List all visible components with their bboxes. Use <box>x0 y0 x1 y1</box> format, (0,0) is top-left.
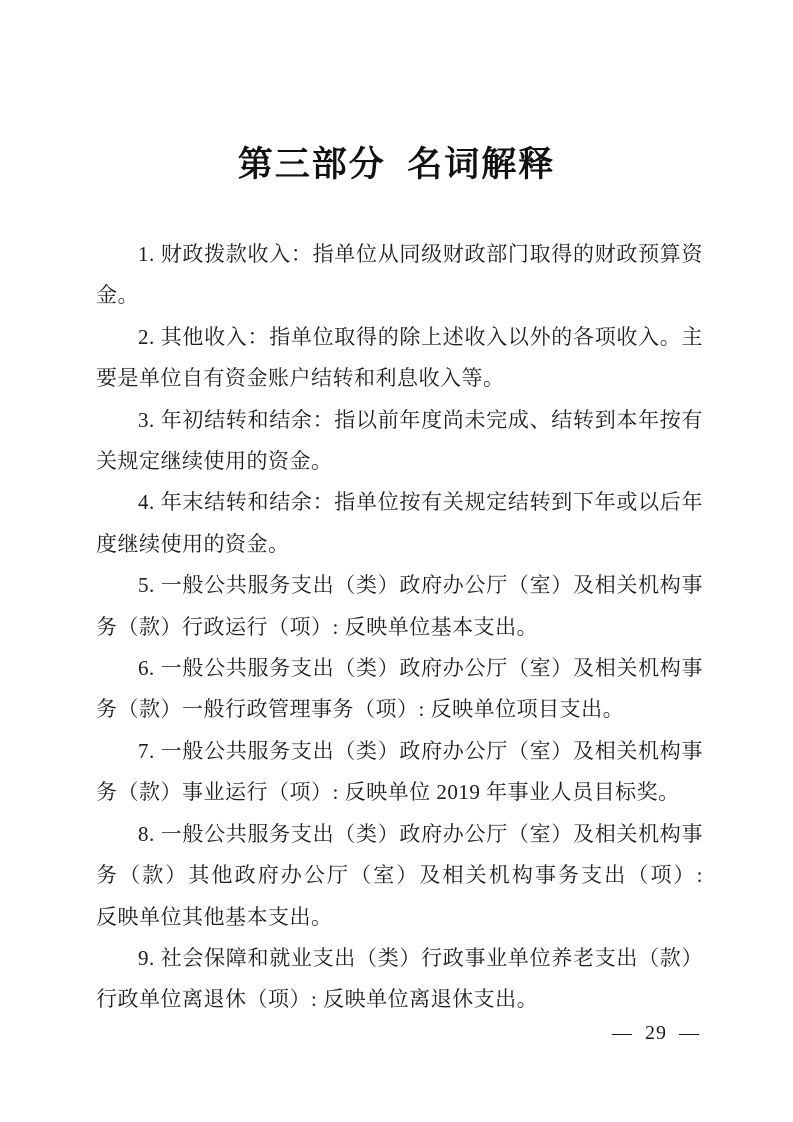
glossary-paragraph: 3. 年初结转和结余：指以前年度尚未完成、结转到本年按有关规定继续使用的资金。 <box>96 400 703 483</box>
glossary-paragraph: 9. 社会保障和就业支出（类）行政事业单位养老支出（款）行政单位离退休（项）: … <box>96 938 703 1021</box>
page-title: 第三部分 名词解释 <box>0 141 793 189</box>
glossary-paragraph: 1. 财政拨款收入：指单位从同级财政部门取得的财政预算资金。 <box>96 234 703 317</box>
glossary-paragraph: 5. 一般公共服务支出（类）政府办公厅（室）及相关机构事务（款）行政运行（项）:… <box>96 565 703 648</box>
glossary-section: 1. 财政拨款收入：指单位从同级财政部门取得的财政预算资金。2. 其他收入：指单… <box>96 234 703 1021</box>
document-page: 第三部分 名词解释 1. 财政拨款收入：指单位从同级财政部门取得的财政预算资金。… <box>0 0 793 1122</box>
glossary-paragraph: 8. 一般公共服务支出（类）政府办公厅（室）及相关机构事务（款）其他政府办公厅（… <box>96 814 703 938</box>
glossary-paragraph: 4. 年末结转和结余：指单位按有关规定结转到下年或以后年度继续使用的资金。 <box>96 482 703 565</box>
page-number: — 29 — <box>612 1022 700 1045</box>
glossary-paragraph: 6. 一般公共服务支出（类）政府办公厅（室）及相关机构事务（款）一般行政管理事务… <box>96 648 703 731</box>
glossary-paragraph: 7. 一般公共服务支出（类）政府办公厅（室）及相关机构事务（款）事业运行（项）:… <box>96 731 703 814</box>
glossary-paragraph: 2. 其他收入：指单位取得的除上述收入以外的各项收入。主要是单位自有资金账户结转… <box>96 317 703 400</box>
